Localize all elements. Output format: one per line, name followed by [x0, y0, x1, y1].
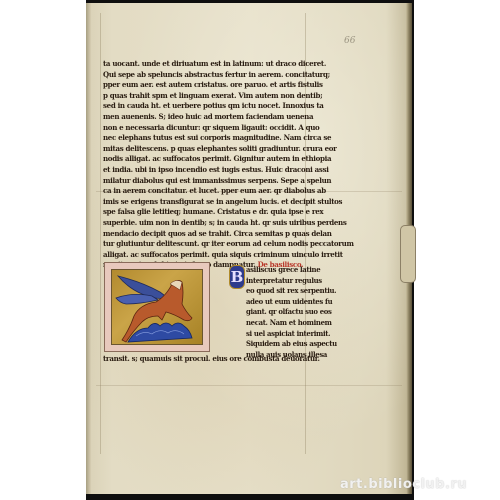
text-line: ta uocant. unde et diriuatum est in lati… [103, 59, 298, 70]
text-line: eo quod sit rex serpentiu. [246, 286, 320, 297]
right-column-text: asiliscus grece latine interpretatur reg… [246, 265, 326, 360]
watermark: art.biblioclub.ru [340, 477, 467, 492]
text-line: asiliscus grece latine [246, 265, 320, 276]
manuscript-page: 66 ta uocant. unde et diriuatum est in l… [86, 3, 412, 494]
ruling-line [100, 13, 101, 454]
text-line: et india. ubi in ipso incendio est iugis… [103, 165, 298, 176]
page-tab-marker [400, 225, 416, 283]
text-line: tur glutiuntur delitescunt. qr iter eoru… [103, 239, 298, 250]
text-line: alligat. ac suffocatos perimit. quia siq… [103, 250, 298, 261]
text-line: Siquidem ab eius aspectu [246, 339, 320, 350]
page-gutter [86, 3, 91, 494]
text-line: mendacio decipit quos ad se trahit. Circ… [103, 229, 298, 240]
text-line: transit. s; quamuis sit procul. eius ore… [103, 354, 320, 365]
text-line: pper eum aer. est autem cristatus. ore p… [103, 80, 298, 91]
text-line: nodis alligat. ac suffocatos perimit. Gi… [103, 154, 298, 165]
text-line: sed in cauda ht. et uerbere potius qm ic… [103, 101, 298, 112]
closing-text-line: transit. s; quamuis sit procul. eius ore… [103, 354, 336, 365]
ruling-line [96, 385, 402, 386]
text-line: men auenenis. S; ideo huic ad mortem fac… [103, 112, 298, 123]
gold-ground [111, 269, 203, 345]
text-line: ca in aerem concitatur. et lucet. pper e… [103, 186, 298, 197]
text-line: giant. qr olfactu suo eos [246, 307, 320, 318]
text-line: interpretatur regulus [246, 276, 320, 287]
illuminated-miniature [104, 262, 210, 352]
text-line: necat. Nam et hominem [246, 318, 320, 329]
text-line: si uel aspiciat interimit. [246, 329, 320, 340]
main-text-block: ta uocant. unde et diriuatum est in lati… [103, 59, 313, 271]
text-line: spe falsa glie letitieq; humane. Cristat… [103, 207, 298, 218]
text-line: adeo ut eum uidentes fu [246, 297, 320, 308]
text-line: nec elephans tutus est sui corporis magn… [103, 133, 298, 144]
basilisk-icon [112, 270, 202, 344]
text-line: mitas delitescens. p quas elephantes sol… [103, 144, 298, 155]
text-line: milatur diabolus qui est immanissimus se… [103, 176, 298, 187]
text-line: non e necessaria dicuntur: qr siquem lig… [103, 123, 298, 134]
decorated-initial: B [229, 265, 245, 289]
text-line: p quas trahit spm et linguam exerat. Vim… [103, 91, 298, 102]
folio-number: 66 [344, 36, 355, 46]
text-line: Qui sepe ab speluncis abstractus fertur … [103, 70, 298, 81]
text-line: superbie. uim non in dentib; s; in cauda… [103, 218, 298, 229]
text-line: imis se erigens transfigurat se in angel… [103, 197, 298, 208]
